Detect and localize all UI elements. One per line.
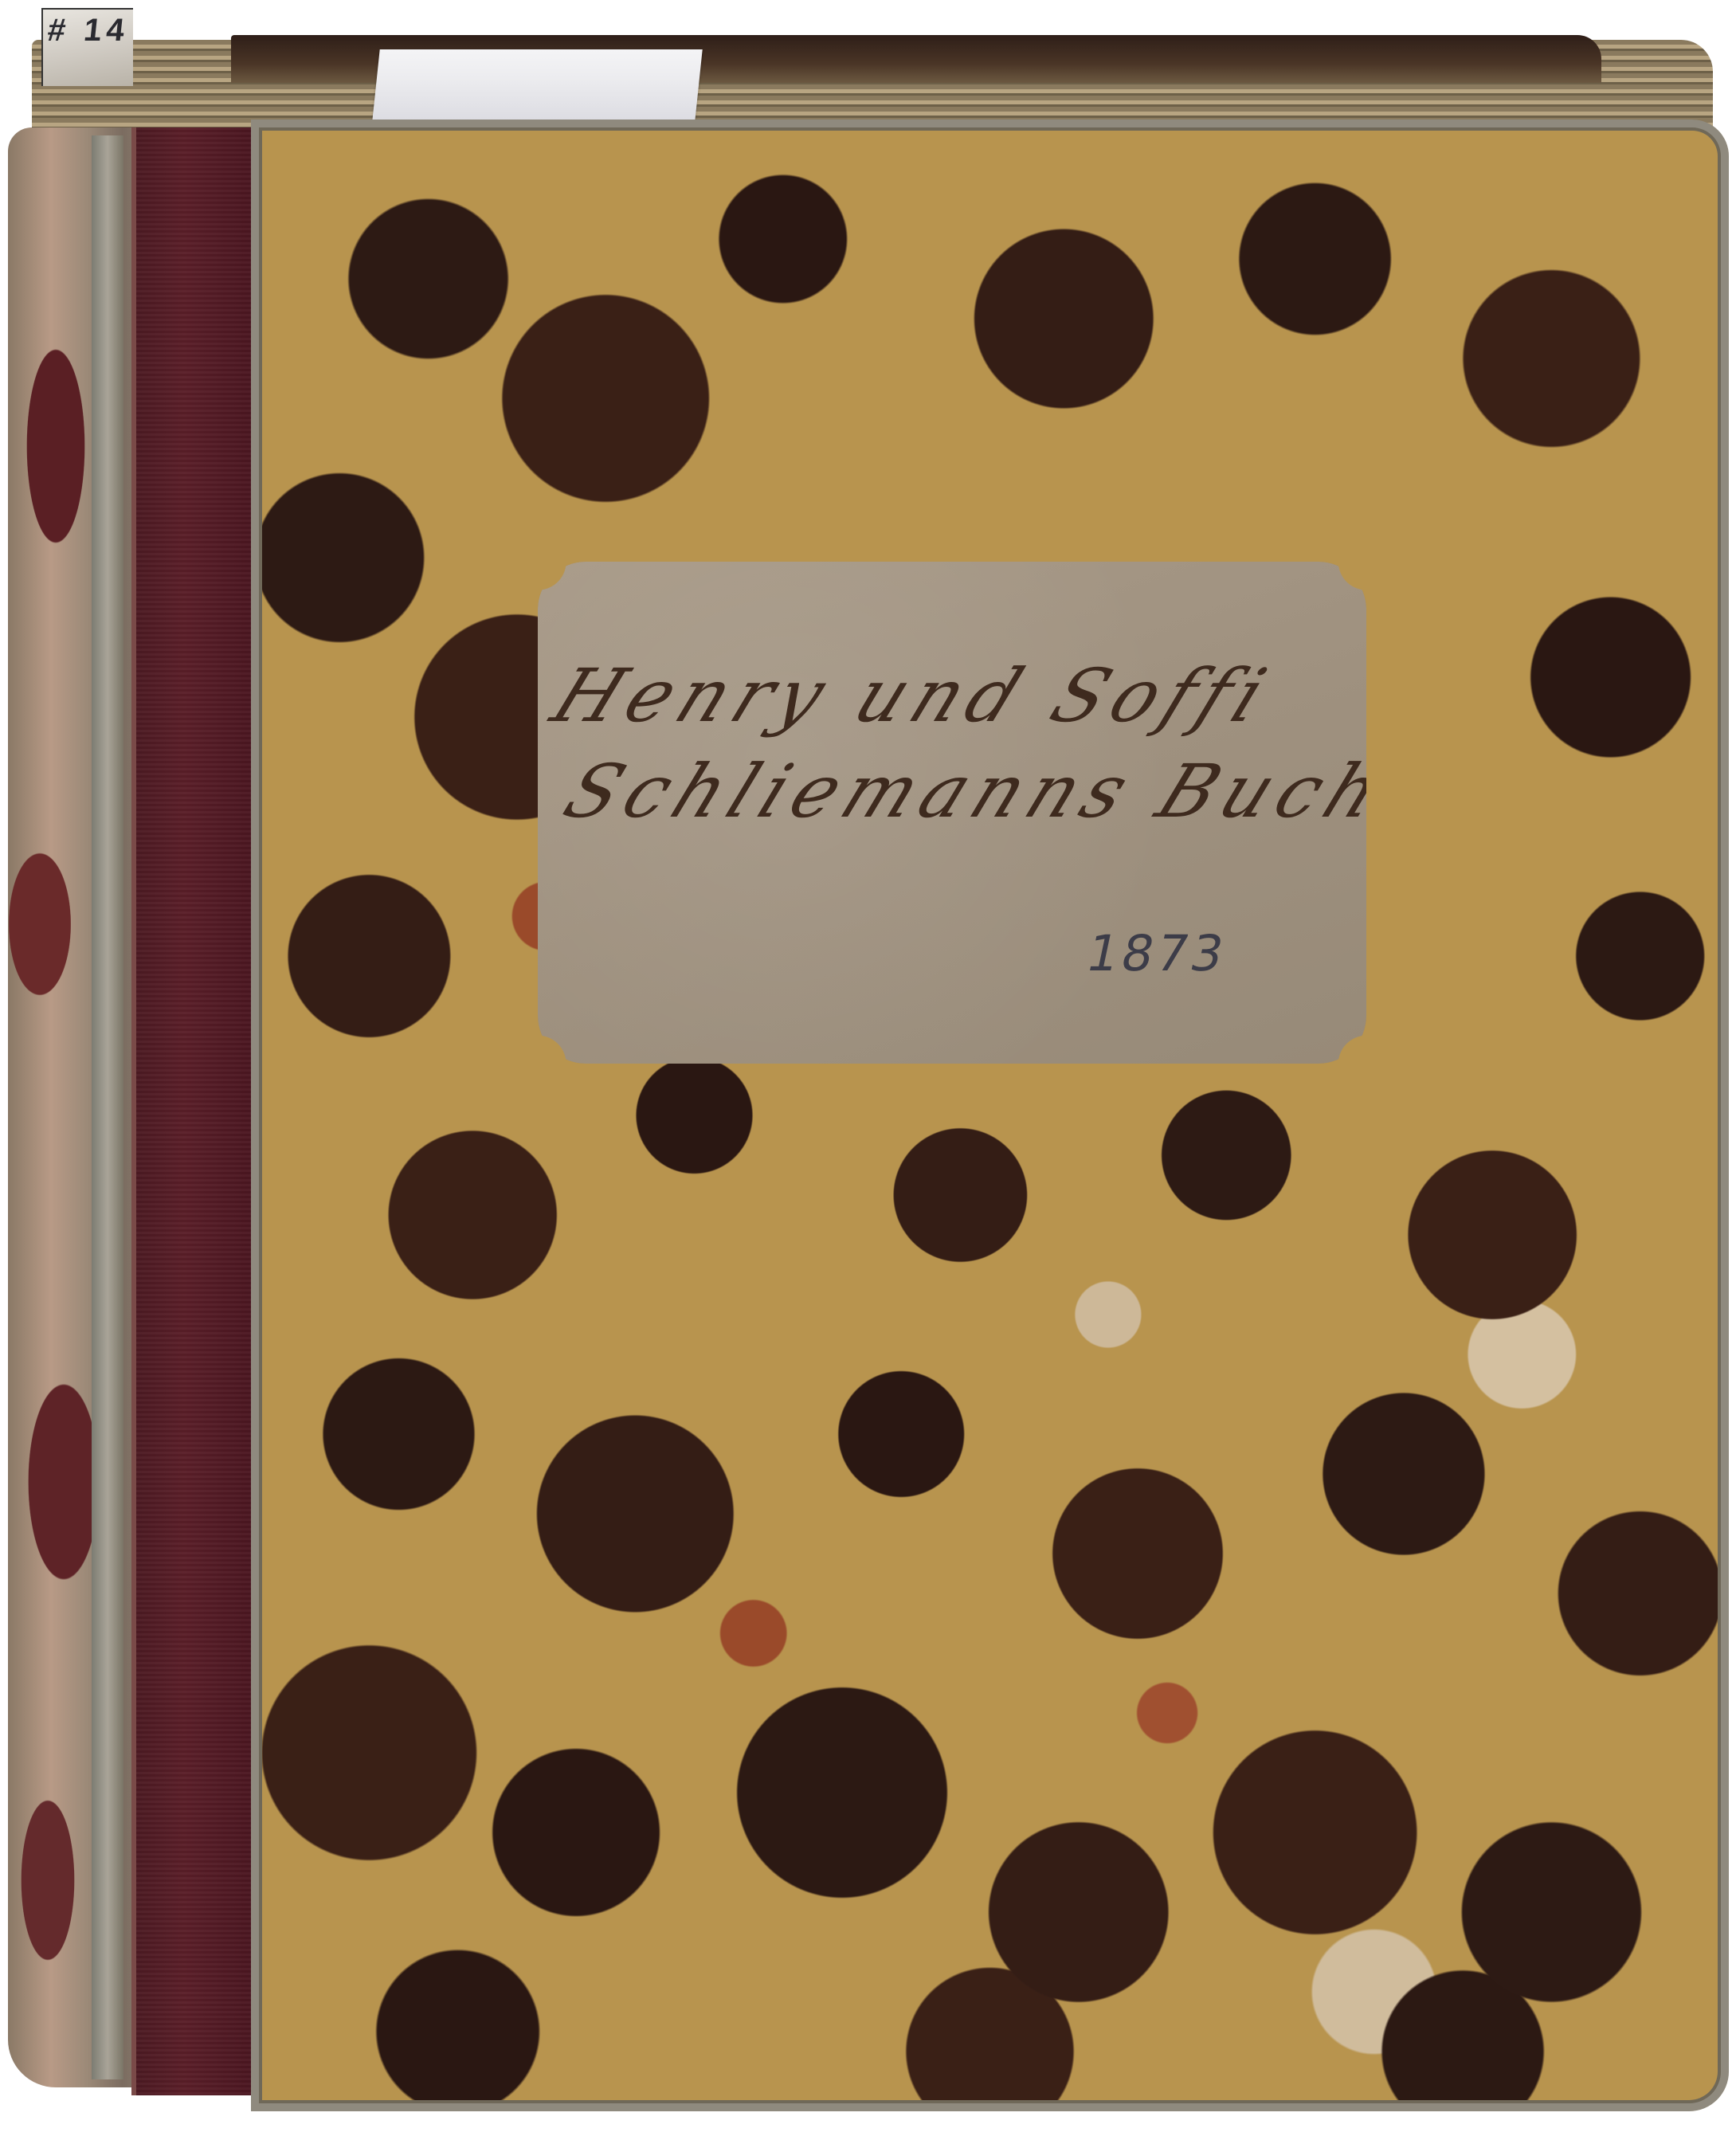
label-title-line-1: Henry und Soffi [540,653,1285,739]
label-title-line-2: Schliemanns Buch [552,749,1401,834]
title-label: Henry und Soffi Schliemanns Buch 1873 [538,562,1366,1064]
archive-number-text: # 14 [45,13,131,49]
label-year: 1873 [1081,924,1232,982]
spine-marbled-edge [8,127,151,2087]
white-paper-tab [372,49,702,121]
front-cover-marbled [251,120,1729,2111]
archive-number-tag: # 14 [41,8,133,86]
spine-hinge [92,135,123,2079]
spine-leather-band [131,127,256,2095]
book-photograph: # 14 Henry und Soffi Schliemanns Buch 18… [0,0,1736,2132]
